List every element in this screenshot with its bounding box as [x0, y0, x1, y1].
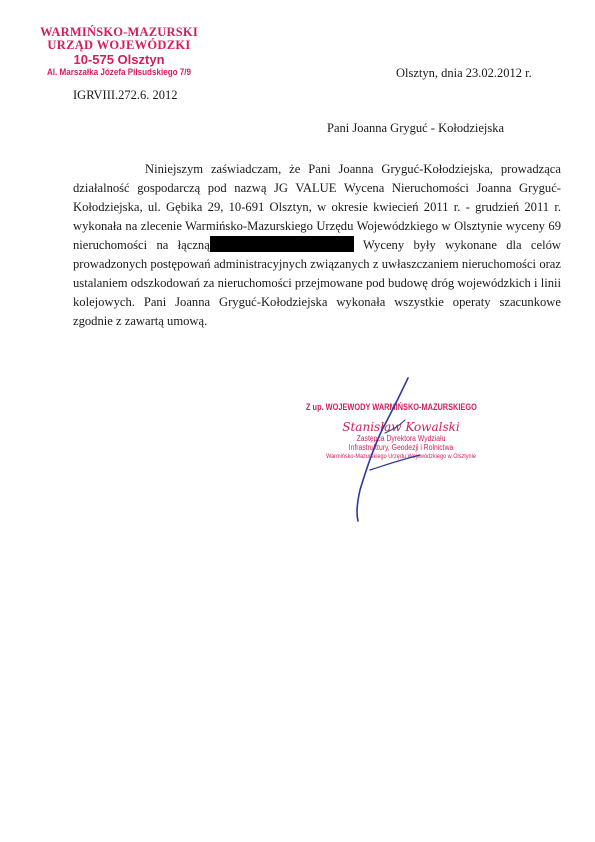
signatory-role-2: Infrastruktury, Geodezji i Rolnictwa — [320, 443, 482, 452]
signatory-role-1: Zastępca Dyrektora Wydziału — [320, 434, 482, 443]
reference-number: IGRVIII.272.6. 2012 — [73, 88, 178, 103]
signatory-role-3: Warmińsko-Mazurskiego Urzędu Wojewódzkie… — [320, 452, 482, 461]
redaction-bar — [210, 236, 354, 252]
place-date: Olsztyn, dnia 23.02.2012 r. — [396, 66, 532, 81]
recipient: Pani Joanna Gryguć - Kołodziejska — [327, 121, 504, 136]
body-paragraph: Niniejszym zaświadczam, że Pani Joanna G… — [73, 160, 561, 331]
stamp-line-3: 10-575 Olsztyn — [34, 53, 204, 67]
signatory-name: Stanisław Kowalski — [306, 420, 496, 434]
office-stamp: WARMIŃSKO-MAZURSKI URZĄD WOJEWÓDZKI 10-5… — [34, 26, 204, 78]
letter-body: Niniejszym zaświadczam, że Pani Joanna G… — [73, 160, 561, 331]
signature-stamp: Z up. WOJEWODY WARMIŃSKO-MAZURSKIEGO Sta… — [306, 402, 496, 461]
stamp-line-4: Al. Marszałka Józefa Piłsudskiego 7/9 — [47, 68, 192, 78]
stamp-line-2: URZĄD WOJEWÓDZKI — [34, 39, 204, 52]
signature-title: Z up. WOJEWODY WARMIŃSKO-MAZURSKIEGO — [306, 402, 462, 412]
